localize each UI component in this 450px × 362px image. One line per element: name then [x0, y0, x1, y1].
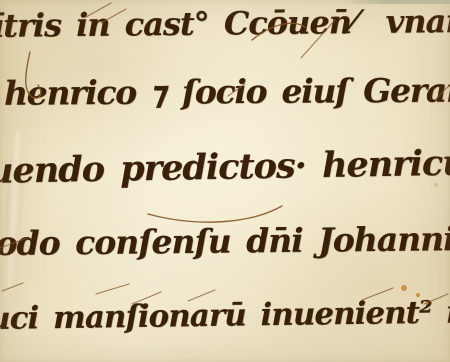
manuscript-line-5: uci manſionarū inuenient² infra x	[0, 293, 450, 337]
pen-flourish	[2, 283, 23, 291]
manuscript-line-4: iodo conſenſu dn̄i Johannis recto	[0, 218, 450, 263]
manuscript-line-2: henrico ⁊ ſocio eiuſ Gerardo	[4, 70, 450, 112]
ink-stain	[401, 285, 407, 291]
pen-flourish	[148, 206, 282, 222]
manuscript-line-1: ītris in cast° Ccōuen̄⁄ vnam vill	[0, 1, 450, 45]
manuscript-page: ītris in cast° Ccōuen̄⁄ vnam vill henric…	[0, 0, 450, 362]
pen-flourish	[96, 284, 129, 294]
manuscript-line-3: uendo predictos· henricū ⁊ G	[0, 141, 450, 192]
